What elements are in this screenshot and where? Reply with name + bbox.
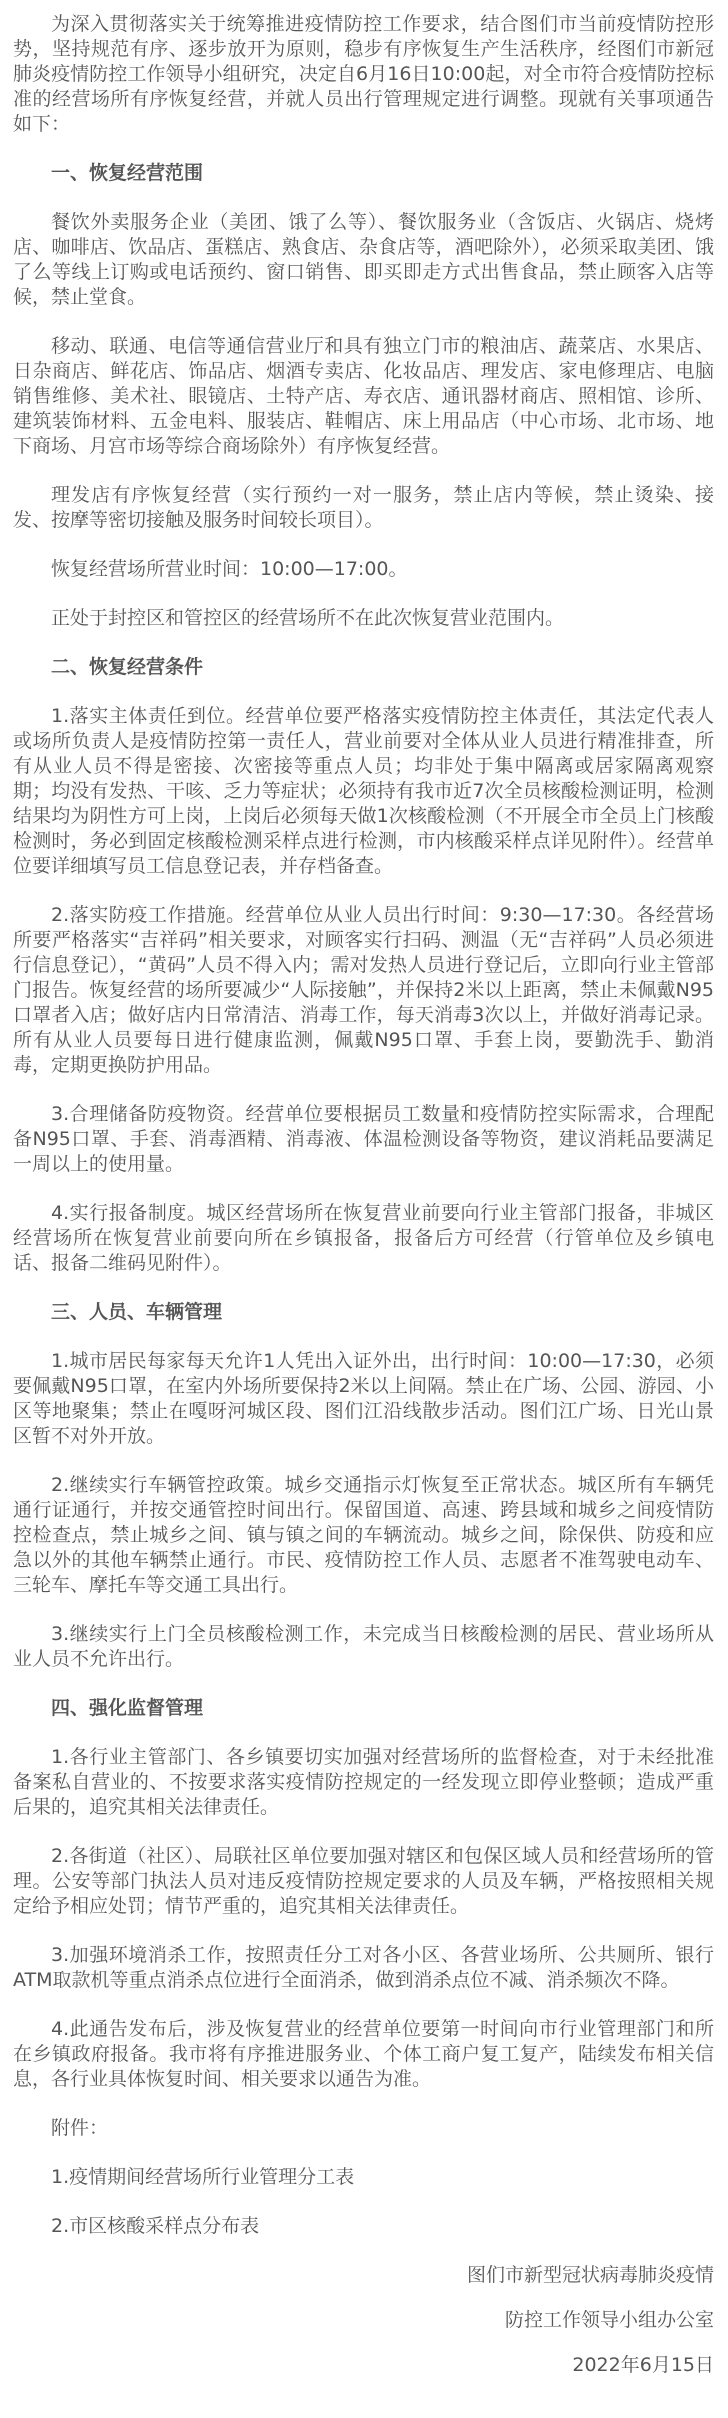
paragraph: 3.加强环境消杀工作，按照责任分工对各小区、各营业场所、公共厕所、银行ATM取款… (13, 1943, 714, 1993)
signature-date: 2022年6月15日 (13, 2353, 714, 2378)
paragraph: 4.实行报备制度。城区经营场所在恢复营业前要向行业主管部门报备，非城区经营场所在… (13, 1201, 714, 1276)
paragraph: 4.此通告发布后，涉及恢复营业的经营单位要第一时间向市行业管理部门和所在乡镇政府… (13, 2017, 714, 2092)
intro-paragraph: 为深入贯彻落实关于统筹推进疫情防控工作要求，结合图们市当前疫情防控形势，坚持规范… (13, 12, 714, 137)
paragraph: 1.各行业主管部门、各乡镇要切实加强对经营场所的监督检查，对于未经批准备案私自营… (13, 1745, 714, 1820)
paragraph: 2.继续实行车辆管控政策。城乡交通指示灯恢复至正常状态。城区所有车辆凭通行证通行… (13, 1473, 714, 1598)
paragraph: 正处于封控区和管控区的经营场所不在此次恢复营业范围内。 (13, 606, 714, 631)
section-heading-people-vehicles: 三、人员、车辆管理 (13, 1300, 714, 1325)
attachment-item: 2.市区核酸采样点分布表 (13, 2214, 714, 2239)
notice-document: 为深入贯彻落实关于统筹推进疫情防控工作要求，结合图们市当前疫情防控形势，坚持规范… (0, 0, 728, 2418)
section-heading-scope: 一、恢复经营范围 (13, 161, 714, 186)
paragraph: 1.落实主体责任到位。经营单位要严格落实疫情防控主体责任，其法定代表人或场所负责… (13, 704, 714, 879)
attachment-item: 1.疫情期间经营场所行业管理分工表 (13, 2165, 714, 2190)
paragraph: 3.合理储备防疫物资。经营单位要根据员工数量和疫情防控实际需求，合理配备N95口… (13, 1102, 714, 1177)
paragraph: 1.城市居民每家每天允许1人凭出入证外出，出行时间：10:00—17:30，必须… (13, 1349, 714, 1449)
paragraph: 3.继续实行上门全员核酸检测工作，未完成当日核酸检测的居民、营业场所从业人员不允… (13, 1622, 714, 1672)
paragraph: 2.落实防疫工作措施。经营单位从业人员出行时间：9:30—17:30。各经营场所… (13, 903, 714, 1078)
paragraph: 理发店有序恢复经营（实行预约一对一服务，禁止店内等候，禁止烫染、接发、按摩等密切… (13, 483, 714, 533)
signature-org-line2: 防控工作领导小组办公室 (13, 2308, 714, 2333)
paragraph: 恢复经营场所营业时间：10:00—17:00。 (13, 557, 714, 582)
section-heading-supervision: 四、强化监督管理 (13, 1696, 714, 1721)
paragraph: 餐饮外卖服务企业（美团、饿了么等）、餐饮服务业（含饭店、火锅店、烧烤店、咖啡店、… (13, 210, 714, 310)
signature-org-line1: 图们市新型冠状病毒肺炎疫情 (13, 2263, 714, 2288)
paragraph: 2.各街道（社区）、局联社区单位要加强对辖区和包保区域人员和经营场所的管理。公安… (13, 1844, 714, 1919)
attachments-label: 附件： (13, 2116, 714, 2141)
paragraph: 移动、联通、电信等通信营业厅和具有独立门市的粮油店、蔬菜店、水果店、日杂商店、鲜… (13, 334, 714, 459)
section-heading-conditions: 二、恢复经营条件 (13, 655, 714, 680)
